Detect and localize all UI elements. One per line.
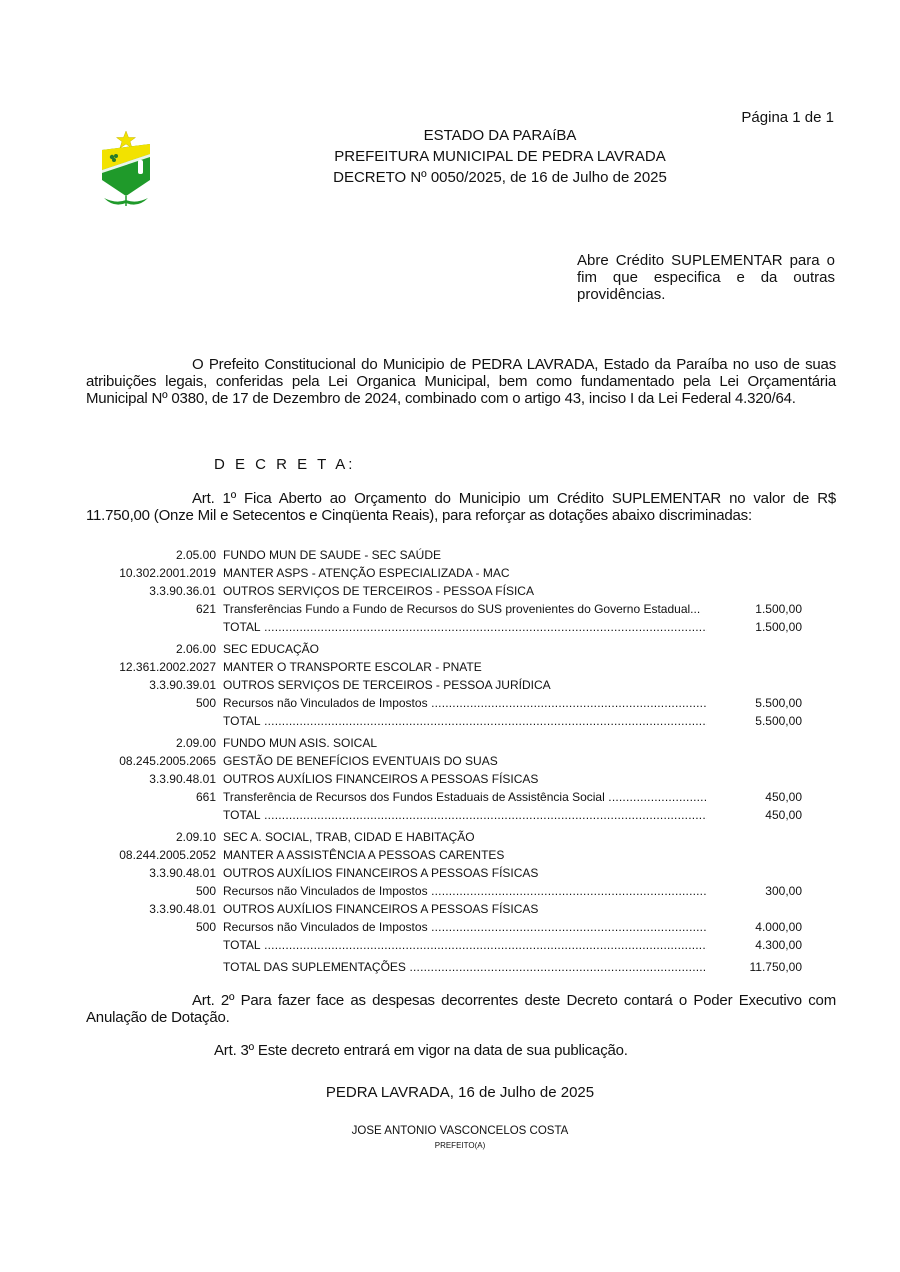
row-code: 661 — [86, 788, 216, 806]
row-description: Recursos não Vinculados de Impostos — [223, 694, 707, 712]
row-description: Transferência de Recursos dos Fundos Est… — [223, 788, 707, 806]
table-row: 08.245.2005.2065GESTÃO DE BENEFÍCIOS EVE… — [86, 752, 816, 770]
row-code: 500 — [86, 694, 216, 712]
row-code: 3.3.90.39.01 — [86, 676, 216, 694]
row-value: 450,00 — [716, 788, 802, 806]
preamble-paragraph: O Prefeito Constitucional do Municipio d… — [86, 356, 836, 407]
table-row: 500Recursos não Vinculados de Impostos5.… — [86, 694, 816, 712]
table-row: TOTAL DAS SUPLEMENTAÇÕES11.750,00 — [86, 958, 816, 976]
row-description: TOTAL — [223, 712, 707, 730]
row-code: 2.06.00 — [86, 640, 216, 658]
row-code: 3.3.90.48.01 — [86, 770, 216, 788]
row-description: TOTAL DAS SUPLEMENTAÇÕES — [223, 958, 707, 976]
row-value: 4.300,00 — [716, 936, 802, 954]
table-row: 621Transferências Fundo a Fundo de Recur… — [86, 600, 816, 618]
row-description: MANTER O TRANSPORTE ESCOLAR - PNATE — [223, 658, 707, 676]
municipality-name: PREFEITURA MUNICIPAL DE PEDRA LAVRADA — [300, 146, 700, 167]
row-code: 2.09.00 — [86, 734, 216, 752]
table-row: 500Recursos não Vinculados de Impostos4.… — [86, 918, 816, 936]
table-row: 3.3.90.39.01OUTROS SERVIÇOS DE TERCEIROS… — [86, 676, 816, 694]
row-description: GESTÃO DE BENEFÍCIOS EVENTUAIS DO SUAS — [223, 752, 707, 770]
table-row: TOTAL1.500,00 — [86, 618, 816, 636]
table-row: 12.361.2002.2027MANTER O TRANSPORTE ESCO… — [86, 658, 816, 676]
signer-role: PREFEITO(A) — [250, 1141, 670, 1150]
table-row: 3.3.90.48.01OUTROS AUXÍLIOS FINANCEIROS … — [86, 864, 816, 882]
table-row: TOTAL450,00 — [86, 806, 816, 824]
table-row: 2.09.10SEC A. SOCIAL, TRAB, CIDAD E HABI… — [86, 828, 816, 846]
table-row: 3.3.90.36.01OUTROS SERVIÇOS DE TERCEIROS… — [86, 582, 816, 600]
row-description: OUTROS AUXÍLIOS FINANCEIROS A PESSOAS FÍ… — [223, 864, 707, 882]
row-value: 4.000,00 — [716, 918, 802, 936]
article-3-text: Art. 3º Este decreto entrará em vigor na… — [214, 1042, 628, 1059]
row-value: 1.500,00 — [716, 600, 802, 618]
row-description: Recursos não Vinculados de Impostos — [223, 882, 707, 900]
preamble-text: O Prefeito Constitucional do Municipio d… — [86, 356, 836, 407]
table-row: TOTAL5.500,00 — [86, 712, 816, 730]
row-code: 2.05.00 — [86, 546, 216, 564]
table-row: 3.3.90.48.01OUTROS AUXÍLIOS FINANCEIROS … — [86, 770, 816, 788]
municipal-coat-of-arms-icon — [98, 130, 154, 208]
allocation-table: 2.05.00FUNDO MUN DE SAUDE - SEC SAÚDE10.… — [86, 546, 816, 976]
row-value: 5.500,00 — [716, 712, 802, 730]
document-page: Página 1 de 1 ESTADO DA PARAíBA PREFEITU… — [0, 0, 900, 1272]
row-description: TOTAL — [223, 936, 707, 954]
row-description: FUNDO MUN DE SAUDE - SEC SAÚDE — [223, 546, 707, 564]
table-row: 661Transferência de Recursos dos Fundos … — [86, 788, 816, 806]
row-code: 08.244.2005.2052 — [86, 846, 216, 864]
row-description: OUTROS AUXÍLIOS FINANCEIROS A PESSOAS FÍ… — [223, 900, 707, 918]
summary-line: Abre Crédito SUPLEMENTAR para o — [577, 252, 835, 269]
row-code: 3.3.90.48.01 — [86, 864, 216, 882]
decree-title: DECRETO Nº 0050/2025, de 16 de Julho de … — [300, 167, 700, 188]
row-description: SEC A. SOCIAL, TRAB, CIDAD E HABITAÇÃO — [223, 828, 707, 846]
table-row: 500Recursos não Vinculados de Impostos30… — [86, 882, 816, 900]
row-value: 450,00 — [716, 806, 802, 824]
table-row: TOTAL4.300,00 — [86, 936, 816, 954]
row-description: MANTER A ASSISTÊNCIA A PESSOAS CARENTES — [223, 846, 707, 864]
row-code: 500 — [86, 918, 216, 936]
table-row: 2.06.00SEC EDUCAÇÃO — [86, 640, 816, 658]
row-description: FUNDO MUN ASIS. SOICAL — [223, 734, 707, 752]
row-description: MANTER ASPS - ATENÇÃO ESPECIALIZADA - MA… — [223, 564, 707, 582]
row-description: TOTAL — [223, 806, 707, 824]
table-row: 2.05.00FUNDO MUN DE SAUDE - SEC SAÚDE — [86, 546, 816, 564]
summary-line: providências. — [577, 286, 835, 303]
article-2: Art. 2º Para fazer face as despesas deco… — [86, 992, 836, 1026]
city-and-date: PEDRA LAVRADA, 16 de Julho de 2025 — [250, 1084, 670, 1101]
row-code: 12.361.2002.2027 — [86, 658, 216, 676]
row-code: 2.09.10 — [86, 828, 216, 846]
row-description: SEC EDUCAÇÃO — [223, 640, 707, 658]
row-value: 11.750,00 — [716, 958, 802, 976]
decree-summary: Abre Crédito SUPLEMENTAR para o fim que … — [577, 252, 835, 303]
article-3: Art. 3º Este decreto entrará em vigor na… — [86, 1042, 836, 1059]
signer-name: JOSE ANTONIO VASCONCELOS COSTA — [250, 1125, 670, 1137]
row-value: 5.500,00 — [716, 694, 802, 712]
article-2-text: Art. 2º Para fazer face as despesas deco… — [86, 992, 836, 1026]
state-name: ESTADO DA PARAíBA — [300, 125, 700, 146]
row-description: OUTROS AUXÍLIOS FINANCEIROS A PESSOAS FÍ… — [223, 770, 707, 788]
row-description: OUTROS SERVIÇOS DE TERCEIROS - PESSOA JU… — [223, 676, 707, 694]
row-code: 621 — [86, 600, 216, 618]
row-code: 500 — [86, 882, 216, 900]
decreta-heading: D E C R E T A: — [214, 456, 355, 473]
row-description: Recursos não Vinculados de Impostos — [223, 918, 707, 936]
table-row: 3.3.90.48.01OUTROS AUXÍLIOS FINANCEIROS … — [86, 900, 816, 918]
table-row: 2.09.00FUNDO MUN ASIS. SOICAL — [86, 734, 816, 752]
row-value: 300,00 — [716, 882, 802, 900]
article-1: Art. 1º Fica Aberto ao Orçamento do Muni… — [86, 490, 836, 524]
article-1-text: Art. 1º Fica Aberto ao Orçamento do Muni… — [86, 490, 836, 524]
row-description: Transferências Fundo a Fundo de Recursos… — [223, 600, 707, 618]
row-description: OUTROS SERVIÇOS DE TERCEIROS - PESSOA FÍ… — [223, 582, 707, 600]
row-code: 10.302.2001.2019 — [86, 564, 216, 582]
page-number: Página 1 de 1 — [741, 109, 834, 126]
row-value: 1.500,00 — [716, 618, 802, 636]
table-row: 08.244.2005.2052MANTER A ASSISTÊNCIA A P… — [86, 846, 816, 864]
document-header: ESTADO DA PARAíBA PREFEITURA MUNICIPAL D… — [300, 125, 700, 188]
row-description: TOTAL — [223, 618, 707, 636]
summary-line: fim que especifica e da outras — [577, 269, 835, 286]
row-code: 3.3.90.36.01 — [86, 582, 216, 600]
row-code: 08.245.2005.2065 — [86, 752, 216, 770]
table-row: 10.302.2001.2019MANTER ASPS - ATENÇÃO ES… — [86, 564, 816, 582]
row-code: 3.3.90.48.01 — [86, 900, 216, 918]
